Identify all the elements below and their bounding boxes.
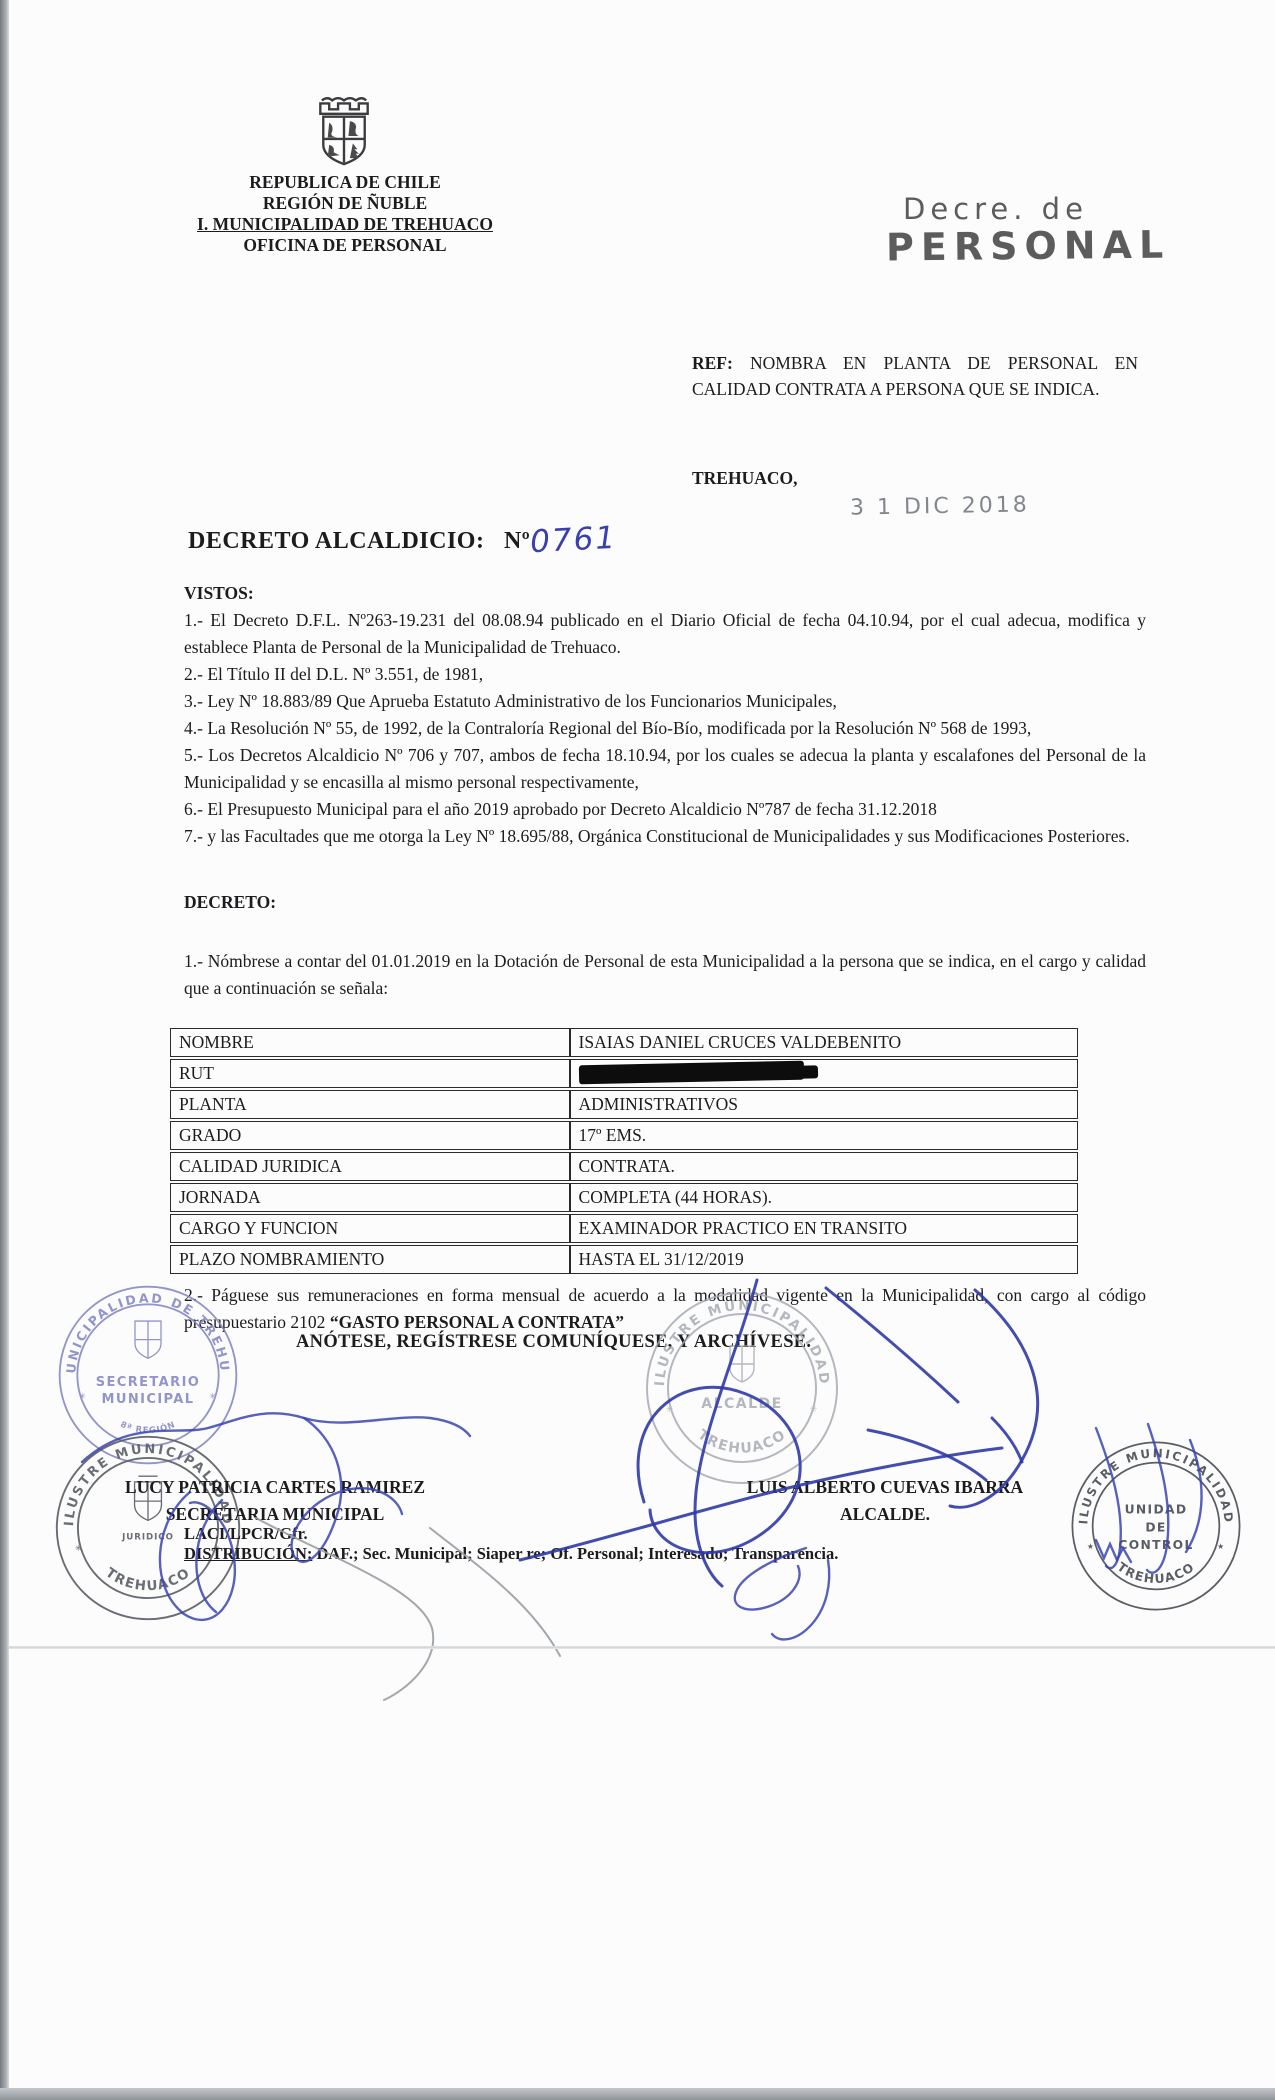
star-icon: ★ [1087,1542,1095,1551]
table-row-value: COMPLETA (44 HORAS). [570,1183,1078,1212]
page-under-edge [9,1646,1275,1649]
table-row-label: RUT [170,1059,570,1088]
letterhead-municipality: I. MUNICIPALIDAD DE TREHUACO [120,214,570,235]
table-row: PLANTA ADMINISTRATIVOS [170,1090,1078,1119]
table-row: PLAZO NOMBRAMIENTO HASTA EL 31/12/2019 [170,1245,1078,1274]
table-row-label: CARGO Y FUNCION [170,1214,570,1243]
decreto-title: DECRETO: [184,892,276,913]
personal-stamp-line1: Decre. de [903,192,1088,226]
vistos-item: 7.- y las Facultades que me otorga la Le… [184,823,1146,850]
signature-block-secretaria: LUCY PATRICIA CARTES RAMIREZ SECRETARIA … [110,1474,440,1528]
star-icon: ✳ [209,1391,217,1401]
scanned-decree-page: REPUBLICA DE CHILE REGIÓN DE ÑUBLE I. MU… [0,0,1275,2100]
signatory-name: LUCY PATRICIA CARTES RAMIREZ [110,1474,440,1501]
date-stamp: 3 1 DIC 2018 [850,492,1030,520]
decree-label: DECRETO ALCALDICIO: [188,528,484,554]
table-row-label: CALIDAD JURIDICA [170,1152,570,1181]
reference-label: REF: [692,353,733,373]
signatory-title: ALCALDE. [720,1501,1050,1528]
decree-number-handwritten: 0761 [529,520,618,560]
table-row-label: NOMBRE [170,1028,570,1057]
stamp-arc-text: I. MUNICIPALIDAD DE TREHUACO [55,1282,233,1374]
municipal-coat-of-arms [298,96,390,170]
stamp-center-text: SECRETARIO [96,1375,201,1390]
letterhead-office: OFICINA DE PERSONAL [120,235,570,256]
vistos-item: 1.- El Decreto D.F.L. Nº263-19.231 del 0… [184,607,1146,661]
scan-bottom-edge [0,2088,1275,2100]
star-icon: ✳ [810,1405,819,1415]
svg-text:I. MUNICIPALIDAD DE TREHUACO: I. MUNICIPALIDAD DE TREHUACO [55,1282,233,1374]
table-row: CARGO Y FUNCION EXAMINADOR PRACTICO EN T… [170,1214,1078,1243]
redaction-bar [578,1061,803,1085]
distribution-text: DAF.; Sec. Municipal; Siaper re; Of. Per… [312,1544,838,1563]
place-line: TREHUACO, [692,468,798,489]
signature-stroke-alcalde [772,1560,829,1639]
table-row: CALIDAD JURIDICA CONTRATA. [170,1152,1078,1181]
table-row-label: JORNADA [170,1183,570,1212]
unidad-control-stamp: ILUSTRE MUNICIPALIDAD UNIDAD DE CONTROL … [1068,1438,1244,1614]
stamp-center-text: ALCALDE [701,1396,782,1412]
scan-left-edge [0,0,9,2100]
star-icon: ★ [1217,1542,1225,1551]
stamp-center-text: MUNICIPAL [102,1392,195,1407]
signature-stroke-alcalde [868,1418,1022,1480]
stamp-center-text: DE [1145,1520,1166,1534]
distribution-line: DISTRIBUCIÓN: DAF.; Sec. Municipal; Siap… [184,1544,944,1564]
vistos-item: 2.- El Título II del D.L. Nº 3.551, de 1… [184,661,1146,688]
vistos-item: 6.- El Presupuesto Municipal para el año… [184,796,1146,823]
table-row: RUT [170,1059,1078,1088]
table-row: JORNADA COMPLETA (44 HORAS). [170,1183,1078,1212]
reference-paragraph: REF: NOMBRA EN PLANTA DE PERSONAL EN CAL… [692,350,1138,402]
table-row-value: HASTA EL 31/12/2019 [570,1245,1078,1274]
letterhead: REPUBLICA DE CHILE REGIÓN DE ÑUBLE I. MU… [120,172,570,256]
vistos-section: VISTOS: 1.- El Decreto D.F.L. Nº263-19.2… [184,580,1146,850]
table-row-value: EXAMINADOR PRACTICO EN TRANSITO [570,1214,1078,1243]
stamp-center-text: JURIDICO [121,1533,174,1543]
vistos-title: VISTOS: [184,580,1146,607]
vistos-item: 4.- La Resolución Nº 55, de 1992, de la … [184,715,1146,742]
table-row-label: PLANTA [170,1090,570,1119]
reference-text: NOMBRA EN PLANTA DE PERSONAL EN CALIDAD … [692,353,1138,399]
stamp-arc-text: TREHUACO [695,1427,790,1457]
table-row-label: PLAZO NOMBRAMIENTO [170,1245,570,1274]
table-row-value: 17º EMS. [570,1121,1078,1150]
table-row: GRADO 17º EMS. [170,1121,1078,1150]
vistos-item: 3.- Ley Nº 18.883/89 Que Aprueba Estatut… [184,688,1146,715]
decree-number-line: DECRETO ALCALDICIO: Nº0761 [188,520,617,556]
budget-code-bold: “GASTO PERSONAL A CONTRATA” [330,1312,624,1332]
personal-stamp-line2: PERSONAL [886,223,1171,270]
alcalde-stamp: ILUSTRE MUNICIPALIDAD ALCALDE ✳ ✳ TREHUA… [642,1288,842,1488]
decreto-paragraph-1: 1.- Nómbrese a contar del 01.01.2019 en … [184,948,1146,1002]
decree-number-prefix: Nº [504,528,530,554]
signatory-name: LUIS ALBERTO CUEVAS IBARRA [720,1474,1050,1501]
stamp-center-text: UNIDAD [1125,1503,1188,1517]
vistos-item: 5.- Los Decretos Alcaldicio Nº 706 y 707… [184,742,1146,796]
appointment-table: NOMBRE ISAIAS DANIEL CRUCES VALDEBENITO … [170,1026,1078,1276]
table-row: NOMBRE ISAIAS DANIEL CRUCES VALDEBENITO [170,1028,1078,1057]
table-row-label: GRADO [170,1121,570,1150]
svg-text:TREHUACO: TREHUACO [695,1427,790,1457]
distribution-label: DISTRIBUCIÓN: [184,1544,312,1563]
initials-line: LACI/LPCR/Gfr. [184,1524,308,1544]
letterhead-country: REPUBLICA DE CHILE [120,172,570,193]
table-row-value: CONTRATA. [570,1152,1078,1181]
table-row-value: ISAIAS DANIEL CRUCES VALDEBENITO [570,1028,1078,1057]
signature-block-alcalde: LUIS ALBERTO CUEVAS IBARRA ALCALDE. [720,1474,1050,1528]
stamp-center-text: CONTROL [1118,1538,1193,1552]
star-icon: ✳ [79,1391,87,1401]
table-row-value: ADMINISTRATIVOS [570,1090,1078,1119]
table-row-value [570,1059,1078,1088]
star-icon: ✳ [75,1544,83,1554]
letterhead-region: REGIÓN DE ÑUBLE [120,193,570,214]
star-icon: ✳ [666,1405,675,1415]
